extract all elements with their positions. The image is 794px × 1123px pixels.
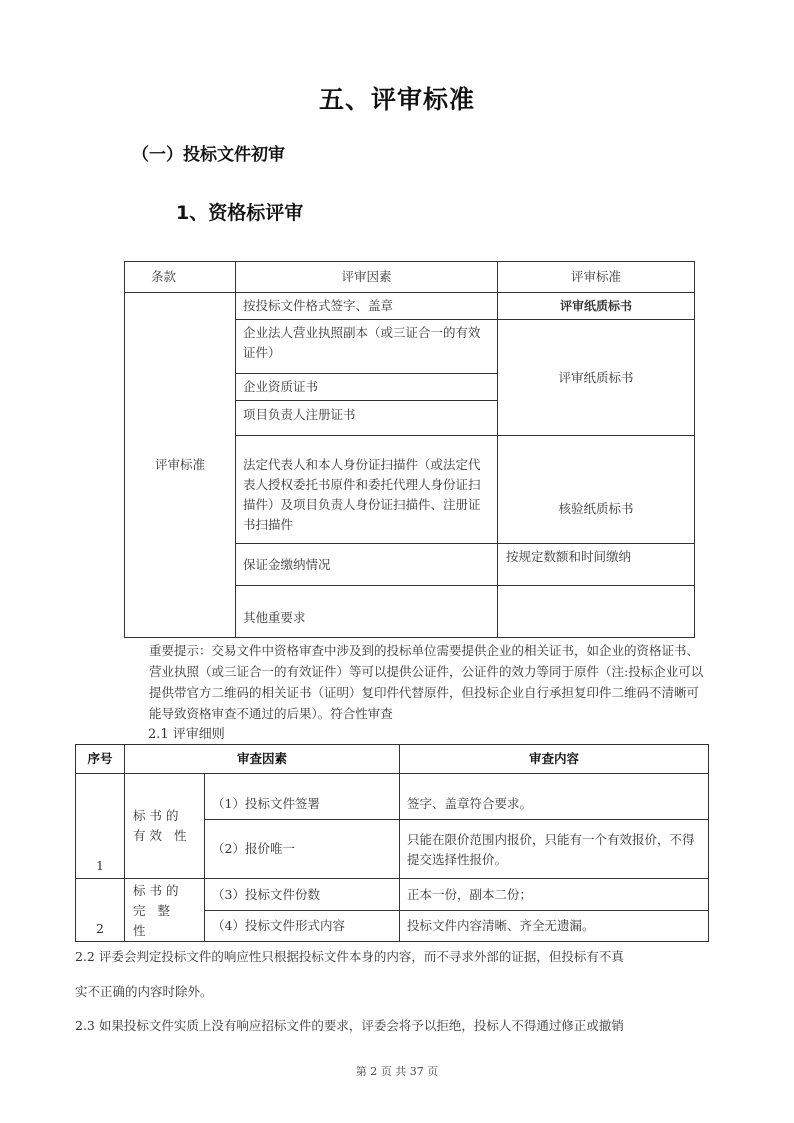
factor-cell: 其他重要求 bbox=[236, 586, 498, 638]
standard-cell: 评审纸质标书 bbox=[498, 320, 695, 436]
factor-cell: 法定代表人和本人身份证扫描件（或法定代表人授权委托书原件和委托代理人身份证扫描件… bbox=[236, 436, 498, 544]
header-no: 序号 bbox=[76, 745, 125, 774]
content-cell: 只能在限价范围内报价，只能有一个有效报价，不得提交选择性报价。 bbox=[400, 820, 709, 879]
table-row: 评审标准 按投标文件格式签字、盖章 评审纸质标书 bbox=[125, 293, 695, 320]
header-factor: 评审因素 bbox=[236, 262, 498, 293]
factor-cell: 企业资质证书 bbox=[236, 374, 498, 401]
category-cell: 标书的完 整 性 bbox=[125, 879, 205, 942]
paragraph-2-2-line-2: 实不正确的内容时除外。 bbox=[75, 982, 213, 1000]
factor-cell: 项目负责人注册证书 bbox=[236, 401, 498, 436]
page-footer: 第 2 页 共 37 页 bbox=[0, 1063, 794, 1079]
table-header-row: 序号 审查因素 审查内容 bbox=[76, 745, 709, 774]
category-cell: 标书的有效 性 bbox=[125, 774, 205, 879]
table-header-row: 条款 评审因素 评审标准 bbox=[125, 262, 695, 293]
header-standard: 评审标准 bbox=[498, 262, 695, 293]
header-clause: 条款 bbox=[125, 262, 236, 293]
clause-cell: 评审标准 bbox=[125, 293, 236, 638]
standard-cell bbox=[498, 586, 695, 638]
factor-cell: （4）投标文件形式内容 bbox=[205, 911, 400, 942]
factor-cell: 按投标文件格式签字、盖章 bbox=[236, 293, 498, 320]
standard-cell: 评审纸质标书 bbox=[498, 293, 695, 320]
content-cell: 正本一份，副本二份； bbox=[400, 879, 709, 911]
paragraph-2-3-line-1: 2.3 如果投标文件实质上没有响应招标文件的要求，评委会将予以拒绝，投标人不得通… bbox=[75, 1016, 624, 1034]
important-note: 重要提示：交易文件中资格审查中涉及到的投标单位需要提供企业的相关证书，如企业的资… bbox=[149, 640, 709, 724]
factor-cell: （1）投标文件签署 bbox=[205, 774, 400, 820]
detail-review-table: 序号 审查因素 审查内容 1 标书的有效 性 （1）投标文件签署 签字、盖章符合… bbox=[75, 744, 709, 942]
qualification-review-table: 条款 评审因素 评审标准 评审标准 按投标文件格式签字、盖章 评审纸质标书 企业… bbox=[124, 261, 695, 638]
factor-cell: 企业法人营业执照副本（或三证合一的有效证件） bbox=[236, 320, 498, 374]
paragraph-2-2-line-1: 2.2 评委会判定投标文件的响应性只根据投标文件本身的内容，而不寻求外部的证据，… bbox=[75, 947, 624, 965]
section-title: 五、评审标准 bbox=[0, 80, 794, 116]
standard-cell: 按规定数额和时间缴纳 bbox=[498, 544, 695, 586]
factor-cell: （3）投标文件份数 bbox=[205, 879, 400, 911]
detail-heading: 2.1 评审细则 bbox=[148, 723, 225, 742]
header-content: 审查内容 bbox=[400, 745, 709, 774]
factor-cell: （2）报价唯一 bbox=[205, 820, 400, 879]
header-factor: 审查因素 bbox=[125, 745, 400, 774]
item-title: 1、资格标评审 bbox=[176, 198, 303, 225]
factor-cell: 保证金缴纳情况 bbox=[236, 544, 498, 586]
row-number: 2 bbox=[76, 879, 125, 942]
content-cell: 投标文件内容清晰、齐全无遗漏。 bbox=[400, 911, 709, 942]
table-row: 1 标书的有效 性 （1）投标文件签署 签字、盖章符合要求。 bbox=[76, 774, 709, 820]
content-cell: 签字、盖章符合要求。 bbox=[400, 774, 709, 820]
table-row: 2 标书的完 整 性 （3）投标文件份数 正本一份，副本二份； bbox=[76, 879, 709, 911]
row-number: 1 bbox=[76, 774, 125, 879]
subsection-title: （一）投标文件初审 bbox=[132, 140, 285, 165]
standard-cell: 核验纸质标书 bbox=[498, 436, 695, 544]
